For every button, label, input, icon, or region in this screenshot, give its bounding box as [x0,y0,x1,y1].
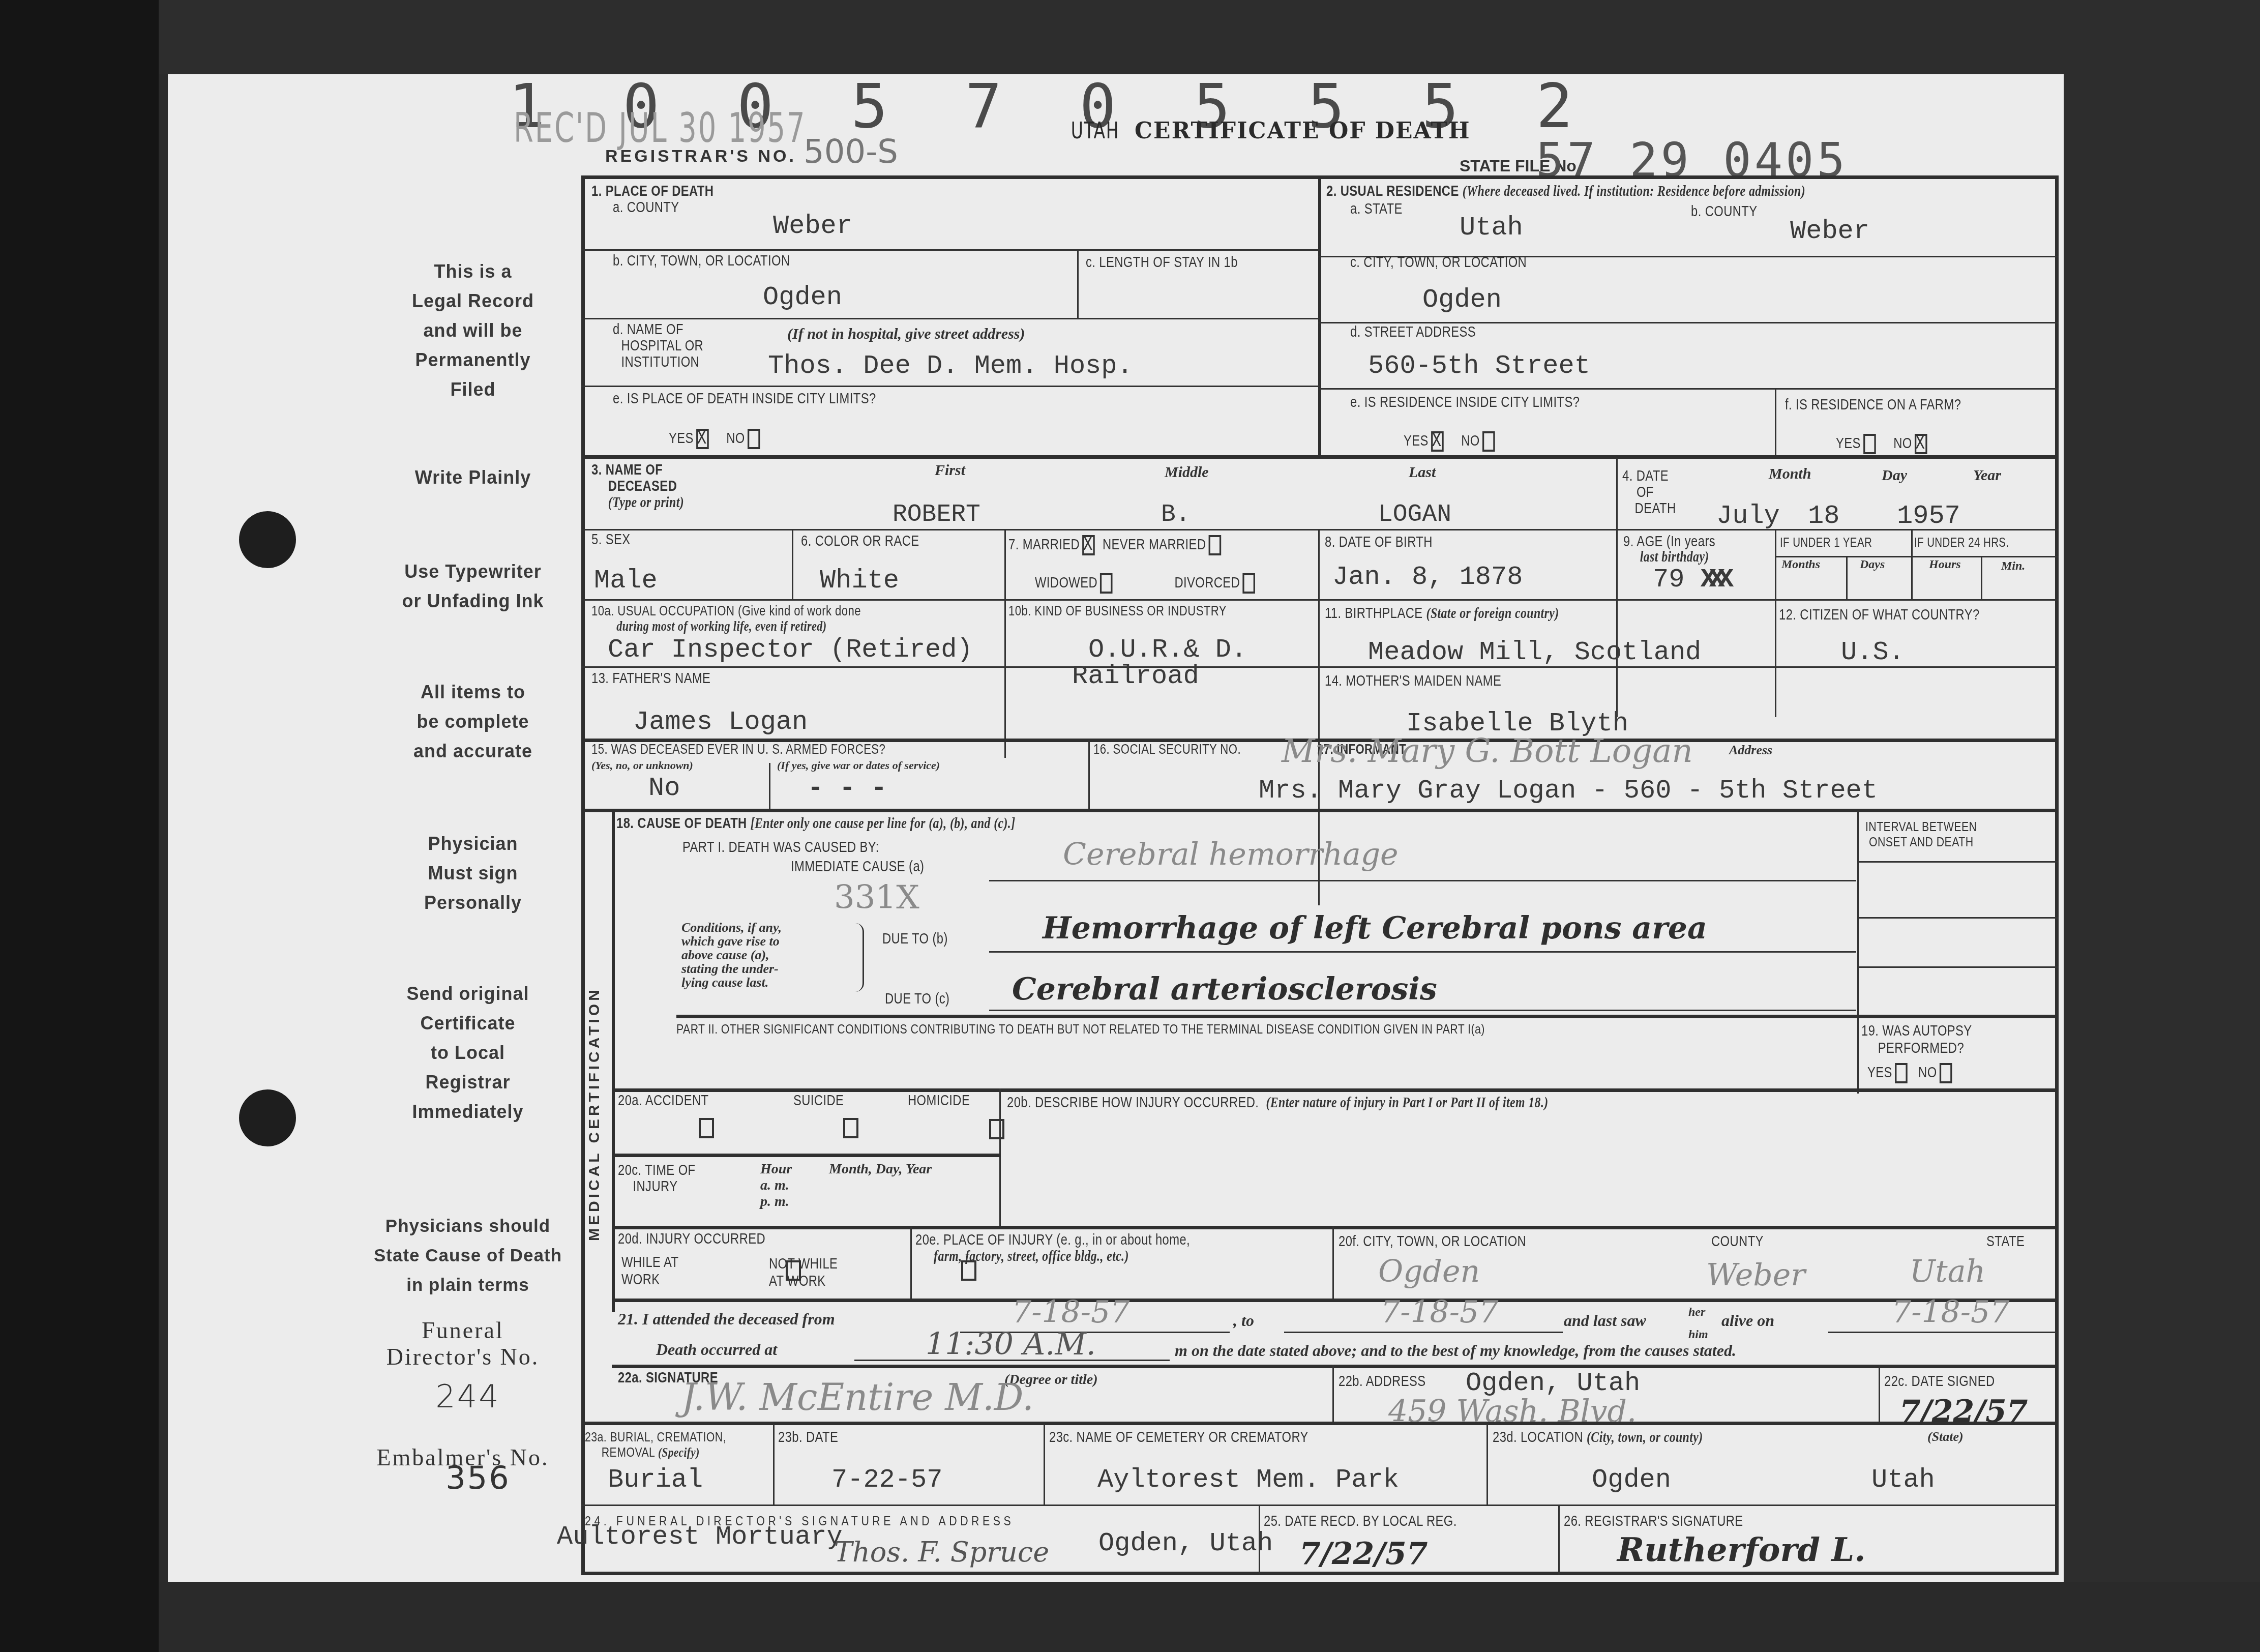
last-name-label: Last [1409,464,1436,481]
alive-on-label: alive on [1721,1311,1774,1330]
residence-county-label: b. COUNTY [1691,203,1758,220]
death-month-value: July [1716,501,1780,531]
divider [1318,388,2059,390]
injury-state-value: Utah [1910,1254,1985,1289]
marital-status-group: 7. MARRIED NEVER MARRIED [1008,535,1221,555]
not-while-at-work-label: NOT WHILE AT WORK [769,1255,838,1290]
cemetery-value: Ayltorest Mem. Park [1097,1465,1399,1495]
physician-address-label: 22b. ADDRESS [1339,1373,1425,1390]
death-statement: m on the date stated above; and to the b… [1175,1341,1736,1360]
death-county-value: Weber [773,211,852,241]
homicide-label: HOMICIDE [908,1093,970,1109]
widowed-checkbox[interactable] [1100,573,1113,594]
residence-county-value: Weber [1790,216,1869,246]
sex-label: 5. SEX [591,532,630,548]
cause-code: 331X [834,879,919,917]
race-label: 6. COLOR OR RACE [801,533,919,550]
immediate-cause-value: Cerebral hemorrhage [1063,837,1399,872]
margin-note-typewriter: Use Typewriter or Unfading Ink [361,557,585,616]
divider [1486,1424,1488,1506]
death-day-label: Day [1882,467,1907,484]
divider [1981,556,1982,600]
middle-name-label: Middle [1165,464,1209,481]
days-label: Days [1860,558,1885,572]
industry-label: 10b. KIND OF BUSINESS OR INDUSTRY [1008,603,1227,619]
divider [581,386,1320,387]
armed-forces-value: No [648,773,680,803]
burial-city-value: Ogden [1592,1465,1671,1495]
physician-address-handwritten: 459 Wash. Blvd. [1388,1394,1637,1429]
margin-note-cause-plain: Physicians should State Cause of Death i… [356,1212,580,1300]
city-label: b. CITY, TOWN, OR LOCATION [613,253,790,270]
time-of-injury-label: 20c. TIME OF INJURY [618,1162,695,1195]
divider [1616,458,1618,717]
residence-street-value: 560-5th Street [1368,351,1590,381]
bracket [855,923,864,992]
autopsy-no-checkbox[interactable] [1940,1063,1952,1083]
divider [612,1299,2059,1302]
scan-border-left [0,0,159,1652]
registrars-no: 500-S [804,133,898,171]
death-year-value: 1957 [1897,501,1960,531]
injury-description-label: 20b. DESCRIBE HOW INJURY OCCURRED. (Ente… [1007,1095,1549,1111]
divider [612,1154,1000,1157]
month-day-year-label: Month, Day, Year [829,1161,932,1177]
suicide-label: SUICIDE [793,1093,844,1109]
date-signed-label: 22c. DATE SIGNED [1884,1373,1995,1390]
punch-hole-icon [239,1089,296,1146]
divider [1879,1365,1880,1423]
received-date-stamp: REC'D JUL 30 1957 [514,104,806,152]
embalmer-no: 356 [366,1465,590,1491]
residence-inside-city-label: e. IS RESIDENCE INSIDE CITY LIMITS? [1350,394,1580,411]
burial-state-value: Utah [1871,1465,1935,1495]
birthplace-label: 11. BIRTHPLACE (State or foreign country… [1325,605,1559,622]
divider [1318,322,2059,323]
divider [773,1424,775,1506]
divider [1558,1506,1560,1575]
part1-label: PART I. DEATH WAS CAUSED BY: [682,839,879,856]
burial-date-value: 7-22-57 [831,1465,942,1495]
divider [1857,861,2059,863]
autopsy-yes-checkbox[interactable] [1895,1063,1908,1083]
autopsy-label: 19. WAS AUTOPSY PERFORMED? [1861,1022,1972,1057]
length-of-stay-label: c. LENGTH OF STAY IN 1b [1086,254,1238,271]
divider [1857,966,2059,968]
divider [1318,175,1321,458]
divider [581,666,2059,668]
funeral-director-signature: Thos. F. Spruce [834,1536,1049,1568]
last-saw-label: and last saw [1564,1311,1646,1330]
page-title: UTAH CERTIFICATE OF DEATH [1063,118,1471,144]
autopsy-checkboxes: YES NO [1867,1063,1952,1083]
divider [1088,740,1090,811]
date-signed-value: 7/22/57 [1899,1394,2028,1429]
min-label: Min. [2001,559,2025,573]
residence-inside-city-no-checkbox[interactable] [1482,431,1495,452]
funeral-home-value: Aultorest Mortuary [557,1522,843,1552]
informant-signature: Mrs. Mary G. Bott Logan [1282,732,1693,770]
punch-hole-icon [239,511,296,568]
injury-state-label: STATE [1986,1233,2025,1250]
date-received-value: 7/22/57 [1299,1536,1428,1572]
medical-certification-label: MEDICAL CERTIFICATION [586,987,603,1241]
divider [910,1226,912,1300]
residence-street-label: d. STREET ADDRESS [1350,324,1476,341]
residence-state-label: a. STATE [1350,201,1403,218]
margin-note-legal-record: This is a Legal Record and will be Perma… [361,257,585,404]
attended-from-value: 7-18-57 [1012,1294,1129,1330]
while-at-work-label: WHILE AT WORK [621,1254,679,1288]
sex-value: Male [594,566,658,596]
burial-label: 23a. BURIAL, CREMATION, REMOVAL (Specify… [585,1429,726,1460]
registrar-signature: Rutherford L. [1617,1531,1866,1569]
cause-of-death-label: 18. CAUSE OF DEATH [Enter only one cause… [616,815,1015,832]
date-of-death-label: 4. DATE OF DEATH [1622,468,1676,517]
father-name-value: James Logan [633,707,808,737]
due-to-b-line [989,951,1856,953]
under-24-hrs-label: IF UNDER 24 HRS. [1914,536,2009,550]
residence-state-value: Utah [1460,213,1523,243]
armed-forces-label: 15. WAS DECEASED EVER IN U. S. ARMED FOR… [591,742,885,757]
divider [1857,811,1859,1094]
married-checkbox[interactable] [1082,535,1095,555]
due-to-b-value: Hemorrhage of left Cerebral pons area [1043,910,1707,946]
divider [612,811,615,1312]
death-year-label: Year [1973,467,2001,484]
divider [769,763,770,811]
divider [999,1088,1001,1228]
to-label: , to [1233,1311,1254,1330]
divider [792,529,793,600]
registrar-signature-label: 26. REGISTRAR'S SIGNATURE [1564,1513,1743,1530]
funeral-director-no: 244 [356,1383,580,1410]
deceased-name-label: 3. NAME OF DECEASED (Type or print) [591,462,684,511]
divider [1846,556,1848,600]
physician-signature: J.W. McEntire M.D. [681,1376,1034,1419]
birthplace-value: Meadow Mill, Scotland [1368,637,1701,667]
divider [1857,917,2059,919]
occupation-value: Car Inspector (Retired) [608,635,973,665]
accident-label: 20a. ACCIDENT [618,1093,708,1109]
industry-value-line2: Railroad [1072,661,1199,691]
residence-city-value: Ogden [1422,285,1502,315]
death-month-label: Month [1769,465,1811,483]
county-label: a. COUNTY [613,199,679,216]
interval-label: INTERVAL BETWEEN ONSET AND DEATH [1865,819,1977,849]
divider [581,455,2059,459]
race-value: White [820,566,899,596]
divider [612,1365,2059,1368]
death-day-value: 18 [1808,501,1839,531]
divider [612,1226,2059,1229]
hospital-hint: (If not in hospital, give street address… [787,326,1025,343]
informant-value: Mrs. Mary Gray Logan - 560 - 5th Street [1259,776,1878,806]
divider [581,249,1320,251]
residence-farm-yes-checkbox[interactable] [1863,434,1876,454]
divider [1911,529,1913,600]
accident-checkbox[interactable] [699,1118,714,1138]
death-inside-city-yes-checkbox[interactable] [696,429,709,449]
death-inside-city-no-checkbox[interactable] [748,429,760,449]
deceased-first-name: ROBERT [893,501,980,528]
residence-farm-checkboxes: YES NO [1836,434,1927,454]
age-label: 9. AGE (In years last birthday) [1623,534,1715,565]
funeral-address-value: Ogden, Utah [1098,1528,1273,1558]
divorced-checkbox[interactable] [1242,573,1255,594]
alive-on-value: 7-18-57 [1892,1294,2009,1330]
place-of-injury-label: 20e. PLACE OF INJURY (e. g., in or about… [915,1232,1190,1264]
deceased-last-name: LOGAN [1378,501,1451,528]
months-label: Months [1781,558,1820,572]
burial-date-label: 23b. DATE [778,1429,838,1446]
death-time-value: 11:30 A.M. [926,1326,1096,1362]
immediate-cause-line [989,880,1856,881]
registrars-no-label: REGISTRAR'S NO. [605,146,796,166]
divider [1332,1226,1334,1300]
divider [676,1015,2059,1018]
due-to-c-line [989,1010,1856,1011]
first-name-label: First [935,462,965,479]
injury-county-value: Weber [1706,1257,1805,1293]
dob-value: Jan. 8, 1878 [1332,562,1523,592]
divider [581,1422,2059,1425]
armed-forces-hint-2: (If yes, give war or dates of service) [777,759,940,772]
alive-on-line [1828,1332,2057,1333]
citizen-label: 12. CITIZEN OF WHAT COUNTRY? [1779,607,1980,624]
death-occurred-label: Death occurred at [656,1340,777,1359]
divider [1077,249,1079,319]
death-inside-city-checkboxes: YES NO [669,429,760,449]
hour-label: Hour a. m. p. m. [760,1161,792,1210]
attended-to-line [1284,1332,1563,1333]
informant-address-label: Address [1729,743,1772,758]
place-of-death-label: 1. PLACE OF DEATH [591,183,713,200]
hospital-value: Thos. Dee D. Mem. Hosp. [768,351,1133,381]
residence-farm-label: f. IS RESIDENCE ON A FARM? [1785,397,1961,414]
margin-note-complete: All items to be complete and accurate [361,677,585,766]
conditions-hint: Conditions, if any, which gave rise to a… [681,921,782,989]
injury-county-label: COUNTY [1711,1233,1764,1250]
part2-label: PART II. OTHER SIGNIFICANT CONDITIONS CO… [676,1021,1485,1037]
father-name-label: 13. FATHER'S NAME [591,670,710,687]
suicide-checkbox[interactable] [843,1118,858,1138]
armed-forces-service-value: - - - [808,773,887,803]
occupation-label: 10a. USUAL OCCUPATION (Give kind of work… [591,603,861,634]
dob-label: 8. DATE OF BIRTH [1325,534,1433,551]
attended-to-value: 7-18-57 [1381,1294,1498,1330]
industry-value-line1: O.U.R.& D. [1088,635,1247,665]
margin-note-send-original: Send original Certificate to Local Regis… [356,979,580,1127]
death-city-value: Ogden [763,282,842,312]
under-1-year-label: IF UNDER 1 YEAR [1780,536,1872,550]
residence-city-label: c. CITY, TOWN, OR LOCATION [1350,254,1527,271]
injury-occurred-label: 20d. INJURY OCCURRED [618,1231,765,1248]
divider [581,1504,2059,1506]
residence-farm-no-checkbox[interactable] [1915,434,1927,454]
scan-border-right [2064,0,2260,1652]
divider [581,809,2059,812]
residence-inside-city-yes-checkbox[interactable] [1431,431,1444,452]
hours-label: Hours [1929,558,1961,572]
divider [581,599,2059,601]
divider [1004,529,1006,758]
inside-city-label: e. IS PLACE OF DEATH INSIDE CITY LIMITS? [613,391,876,407]
funeral-director-no-label: Funeral Director's No. [351,1317,575,1370]
homicide-checkbox[interactable] [989,1119,1004,1139]
due-to-c-value: Cerebral arteriosclerosis [1012,971,1437,1007]
ssn-label: 16. SOCIAL SECURITY NO. [1093,742,1241,757]
burial-value: Burial [608,1465,703,1495]
divider [1332,1365,1334,1423]
divider [1775,388,1776,458]
due-to-c-label: DUE TO (c) [885,991,949,1008]
injury-city-value: Ogden [1378,1254,1480,1289]
immediate-cause-label: IMMEDIATE CAUSE (a) [791,859,924,875]
divider [1044,1424,1045,1506]
cemetery-label: 23c. NAME OF CEMETERY OR CREMATORY [1049,1429,1309,1446]
hospital-label: d. NAME OF HOSPITAL OR INSTITUTION [613,321,703,370]
her-him-label: her him [1688,1301,1708,1346]
mother-name-label: 14. MOTHER'S MAIDEN NAME [1325,673,1501,690]
attended-label: 21. I attended the deceased from [618,1310,835,1329]
divider [612,1088,2059,1092]
due-to-b-label: DUE TO (b) [882,931,948,948]
margin-note-physician-sign: Physician Must sign Personally [361,829,585,918]
residence-inside-city-checkboxes: YES NO [1404,431,1495,452]
scan-border-top [159,0,2260,74]
citizen-value: U.S. [1841,637,1905,667]
divider [1775,556,2059,557]
date-received-label: 25. DATE RECD. BY LOCAL REG. [1264,1513,1457,1530]
age-value: 79 XXX [1653,565,1727,595]
injury-city-label: 20f. CITY, TOWN, OR LOCATION [1339,1233,1526,1250]
never-married-checkbox[interactable] [1208,535,1221,555]
burial-state-label: (State) [1927,1429,1964,1444]
burial-location-label: 23d. LOCATION (City, town, or county) [1493,1429,1703,1446]
deceased-middle-name: B. [1161,501,1191,528]
marital-status-group-2: WIDOWED DIVORCED [1035,573,1255,594]
scan-border-bottom [159,1582,2260,1652]
divider [581,318,1320,319]
margin-note-write-plainly: Write Plainly [361,463,585,492]
usual-residence-label: 2. USUAL RESIDENCE (Where deceased lived… [1326,183,1805,200]
armed-forces-hint-1: (Yes, no, or unknown) [591,759,693,772]
